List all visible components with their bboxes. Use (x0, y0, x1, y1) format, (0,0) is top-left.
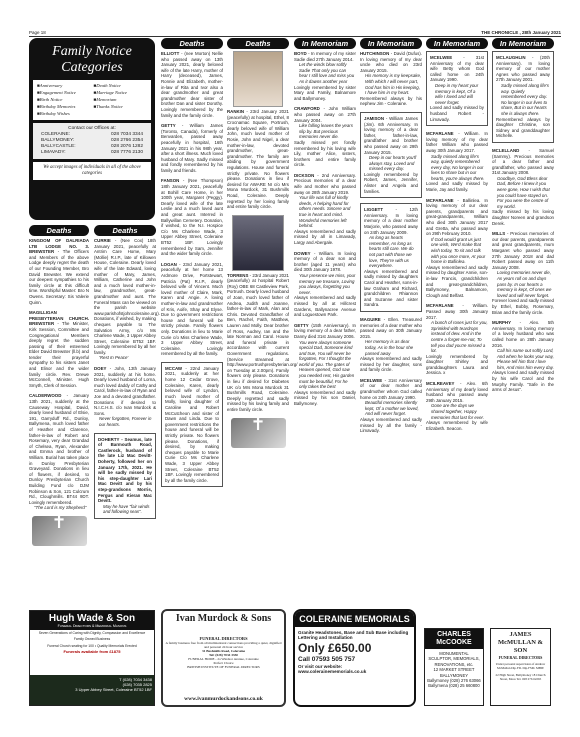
notice: DOWEY - William. In loving memory of a d… (294, 251, 356, 318)
column-memoriam-4: In Memoriam MCLAUGHLIN - (20th Anniversa… (492, 38, 554, 398)
section-header-memoriam: In Memoriam (492, 38, 554, 49)
notice: BOYD - In memory of my sister Sadie died… (294, 51, 356, 101)
categories-panel: Family NoticeCategories Anniversary Deat… (29, 38, 155, 220)
notice: KINGDOM OF DALRIADA LTB LODGE NO. 3. BRE… (29, 238, 89, 305)
category-item: Anniversary (37, 83, 91, 89)
accept-note: We accept images of individuals in all o… (33, 162, 151, 180)
ad-ivan-murdock: Ivan Murdock & Sons FUNERAL DIRECTORS A … (161, 609, 286, 707)
notice: DICKSON - 2nd Anniversary. Precious memo… (294, 173, 356, 246)
contact-offices: Contact our Offices at: COLERAINE:028 70… (33, 123, 151, 159)
column-memoriam-3: In Memoriam MCELWEE - 31st Anniversary o… (426, 38, 488, 436)
notice: MCELWEE - 31st Anniversary of our dear m… (360, 378, 422, 434)
office-row: LIMAVADY:028 7776 2130 (41, 150, 143, 156)
section-header-deaths: Deaths (161, 38, 223, 49)
section-header-deaths: Deaths (94, 225, 156, 236)
bible-icon (32, 516, 87, 546)
notice: MILLS - Precious memories of our dear pa… (492, 231, 554, 315)
notice: MCFARLANE - William. In loving memory of… (426, 131, 488, 193)
ad-coleraine-memorials: COLERAINE MEMORIALS Granite Headstones, … (293, 609, 416, 707)
column-deaths-3: Deaths ELLIOTT - (nee Morton) Nellie who… (161, 38, 223, 492)
section-header-deaths: Deaths (227, 38, 289, 49)
notice: GETTY (15th Anniversary). In loving memo… (294, 323, 356, 407)
ad-hugh-wade: Hugh Wade & SonFuneral Directors & Memor… (29, 610, 155, 706)
ad-charles-mccooke: CHARLES McCOOKE MONUMENTAL SCULPTOR, MEM… (424, 628, 484, 706)
column-deaths-4: Deaths RANKIN - 23rd January 2021 (peace… (227, 38, 289, 452)
notice: MCELWEE - 31st Anniversary of my dear wi… (426, 51, 488, 126)
notice: RANKIN - 23rd January 2021 (peacefully) … (227, 109, 289, 210)
notice: JAMISON - William James (Jim). 6th Anniv… (360, 112, 422, 198)
category-item: Birth Notice (37, 97, 91, 103)
notice: ELLIOTT - (nee Morton) Nellie who passed… (161, 51, 223, 118)
page-number: Page 18 (29, 30, 46, 35)
column-memoriam-1: In Memoriam BOYD - In memory of my siste… (294, 38, 356, 412)
category-item: Birthday Wishes (37, 111, 91, 117)
notice: MCFARLANE - William. Passed away 30th Ja… (426, 303, 488, 376)
notice: MURPHY - Alex. 5th Anniversary. In lovin… (492, 320, 554, 393)
masthead: THE CHRONICLE , 28th January 2021 (481, 30, 561, 35)
section-header-memoriam: In Memoriam (294, 38, 356, 49)
section-header-memoriam: In Memoriam (426, 38, 488, 49)
categories-title: Family NoticeCategories (33, 44, 151, 76)
bible-icon (231, 418, 286, 448)
category-item: Thanks Notice (94, 104, 148, 110)
notice: CALDERWOOD - January 13th 2021, suddenly… (29, 393, 89, 510)
category-item: Birthday Memories (37, 104, 91, 110)
notice: MCLAUGHLIN - (20th Anniversary). In lovi… (492, 51, 554, 143)
page-header: Page 18 THE CHRONICLE , 28th January 202… (29, 27, 561, 37)
category-item: Death Notice (94, 83, 148, 89)
section-header-memoriam: In Memoriam (360, 38, 422, 49)
notice: FANSON - (Nee Thompson) 18th January 202… (161, 178, 223, 256)
notice: HUTCHINSON - David (Dufus). In loving me… (360, 51, 422, 107)
notice: CURRIE - (Nee Cox) 18th January 2021, pe… (94, 238, 156, 361)
notice: GETTY - William James (Toronto, Canada),… (161, 123, 223, 173)
notice: MAGILLIGAN PRESBYTERIAN CHURCH. BREWSTER… (29, 310, 89, 388)
notice: CRAWFORD - John William who passed away … (294, 106, 356, 168)
notice: MCLELLAND - Samuel (Sammy). Precious mem… (492, 148, 554, 226)
categories-list: Anniversary Death Notice Engagement Noti… (33, 80, 151, 120)
ad-james-mcmullan: JAMES McMULLAN & SON FUNERAL DIRECTORS U… (490, 628, 551, 706)
notice: DOHERTY - Seamus, late of Barmouth Road,… (94, 433, 156, 519)
notice: LIGGETT - 12th Anniversary. In loving me… (360, 203, 422, 312)
notice: DOEY - John, 13th January 2021, suddenly… (94, 366, 156, 428)
notice: MCILREAVEY - Alex. 6th Anniversary of my… (426, 381, 488, 431)
photo-torrens (232, 215, 284, 271)
column-memoriam-2: In Memoriam HUTCHINSON - David (Dufus). … (360, 38, 422, 439)
notice: LOGAN - 23rd January 2021, peacefully at… (161, 262, 223, 357)
notice: MAGUIRE - Ellen. Treasured memories of a… (360, 317, 422, 373)
category-item: Marriage Notice (94, 90, 148, 96)
murdock-website: www.ivanmurdockandsons.co.uk (163, 696, 284, 702)
notice: MCCAW - 22nd January 2021, suddenly at h… (161, 362, 223, 487)
category-item: Engagement Notice (37, 90, 91, 96)
notice: MCFARLANE - Ballinlea. In loving memory … (426, 198, 488, 299)
notice: TORRENS - 23rd January 2021 (peacefully)… (227, 273, 289, 413)
section-header-deaths: Deaths (29, 225, 89, 236)
column-deaths-2: Deaths CURRIE - (Nee Cox) 18th January 2… (94, 225, 156, 524)
memorials-website: www.colerainememorials.co.uk (298, 669, 411, 674)
category-item: Memoriam (94, 97, 148, 103)
photo-rankin (233, 51, 283, 107)
column-deaths-1: Deaths KINGDOM OF DALRIADA LTB LODGE NO.… (29, 225, 89, 550)
